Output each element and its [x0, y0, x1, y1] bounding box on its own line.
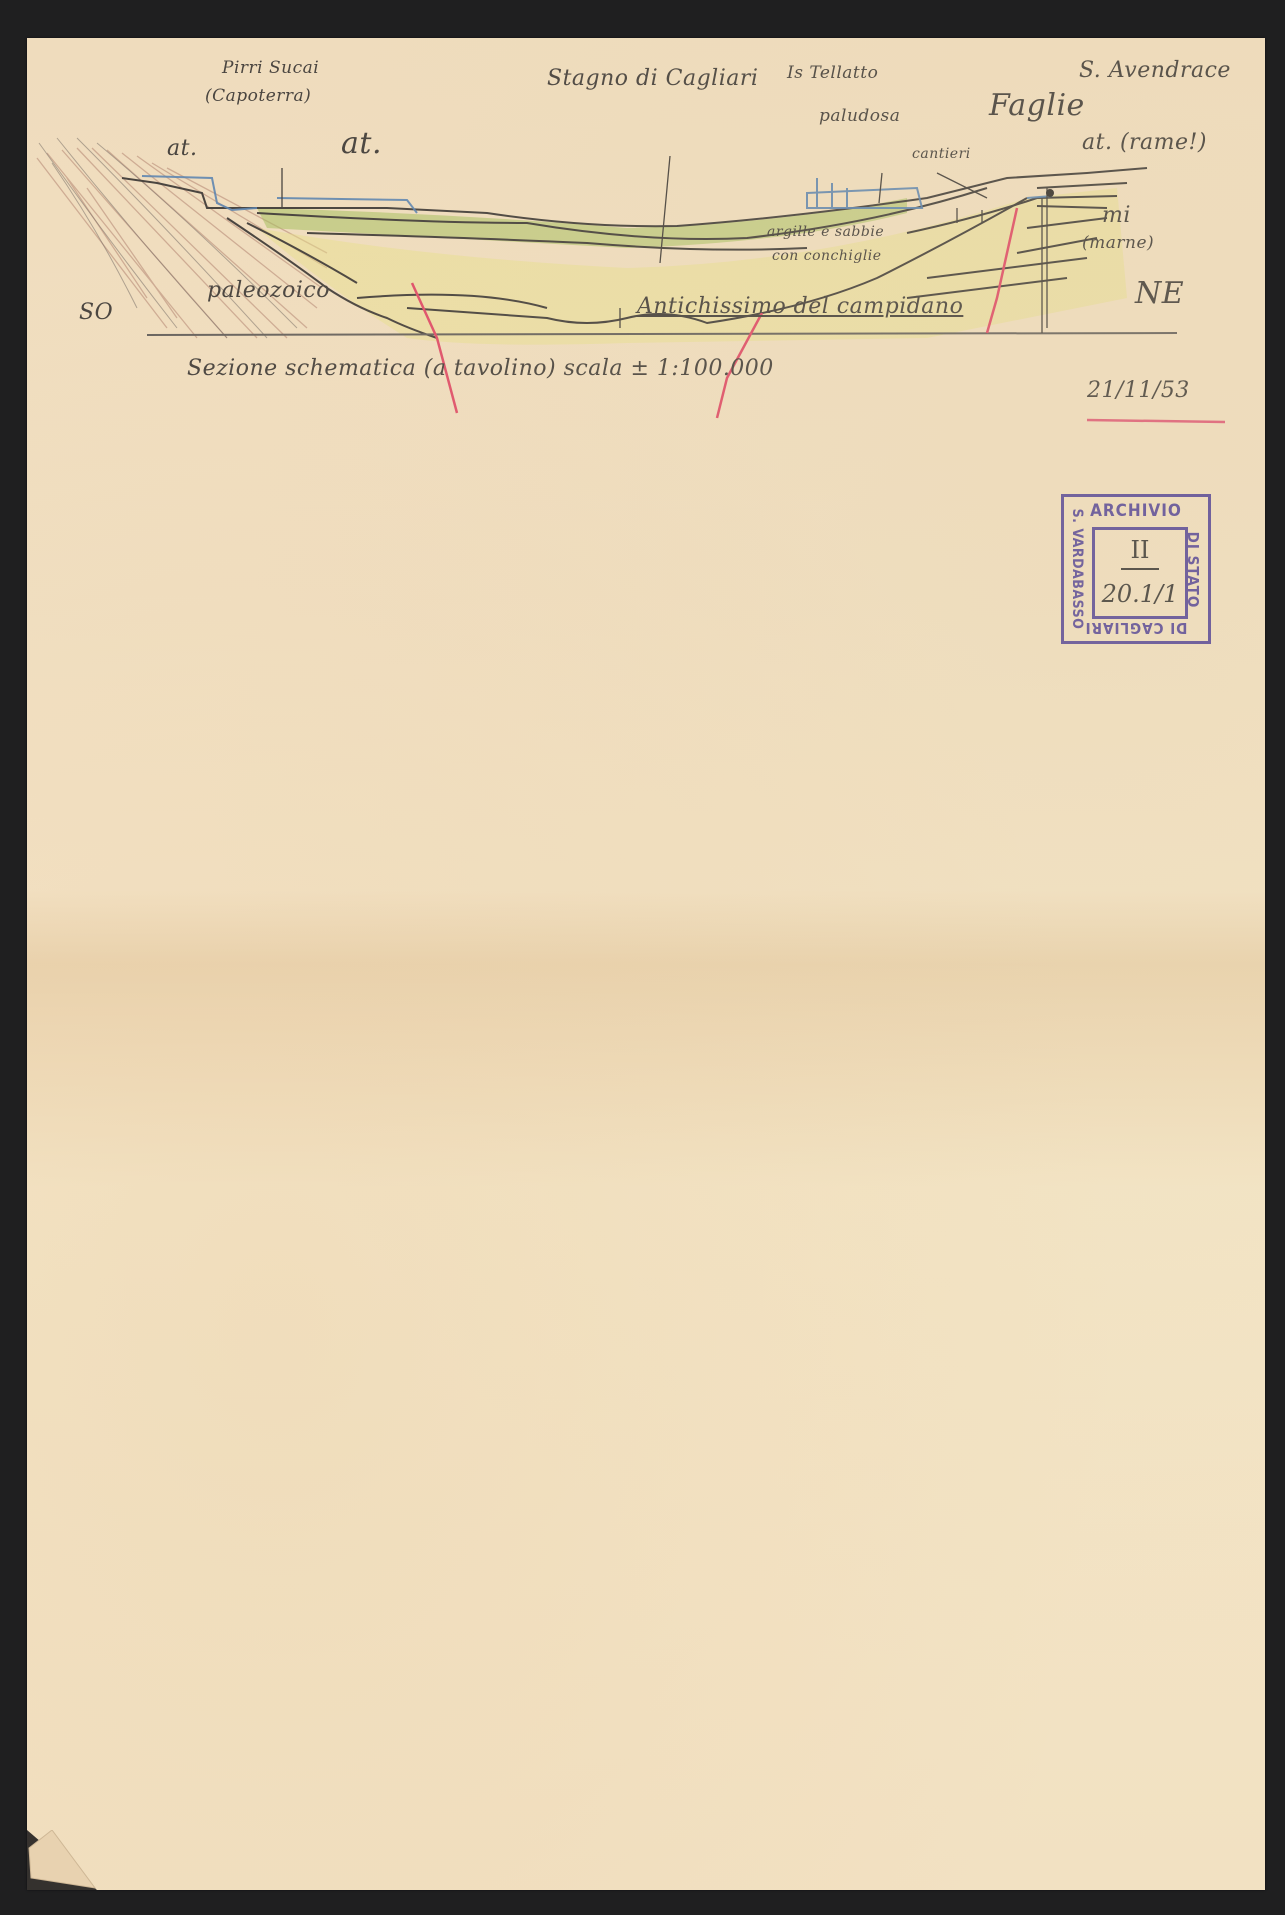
- orientation-left: SO: [79, 300, 113, 325]
- label-at-left: at.: [167, 136, 197, 161]
- stamp-shelf-number: 20.1/1: [1095, 580, 1185, 608]
- stamp-left-text: S. VARDABASSO: [1069, 504, 1085, 634]
- label-at-center: at.: [341, 126, 382, 161]
- orientation-right: NE: [1135, 276, 1184, 311]
- label-sant-avendrace: S. Avendrace: [1079, 58, 1231, 83]
- label-faglie: Faglie: [989, 88, 1085, 123]
- baseline: [147, 333, 1177, 335]
- label-pirri: Pirri Sucai: [222, 58, 319, 78]
- label-conchiglie: con conchiglie: [772, 248, 882, 264]
- label-marne: (marne): [1082, 233, 1154, 253]
- fault-point-marker: [1046, 189, 1054, 197]
- stamp-inner-box: II 20.1/1: [1092, 527, 1188, 619]
- label-mi: mi: [1102, 203, 1131, 228]
- stamp-divider: [1121, 568, 1159, 570]
- label-capoterra: (Capoterra): [205, 86, 311, 106]
- stamp-bottom-text: DI CAGLIARI: [1064, 619, 1208, 637]
- label-stagno: Stagno di Cagliari: [547, 66, 758, 91]
- label-cantieri: cantieri: [912, 146, 971, 162]
- date-underline: [1087, 420, 1225, 422]
- label-antichissimo: Antichissimo del campidano: [637, 294, 963, 319]
- label-paludosa: paludosa: [819, 106, 900, 126]
- folded-corner: [27, 1830, 97, 1890]
- label-at-right: at. (rame!): [1082, 130, 1207, 155]
- document-page: at. Pirri Sucai (Capoterra) at. Stagno d…: [27, 38, 1265, 1890]
- caption: Sezione schematica (a tavolino) scala ± …: [187, 356, 774, 381]
- stamp-roman-numeral: II: [1095, 536, 1185, 564]
- date: 21/11/53: [1087, 378, 1190, 403]
- label-stelletto: Is Tellatto: [787, 63, 878, 83]
- label-argille: argille e sabbie: [767, 224, 884, 240]
- archive-stamp: ARCHIVIO S. VARDABASSO DI STATO DI CAGLI…: [1061, 494, 1211, 644]
- label-paleozoico: paleozoico: [207, 278, 330, 303]
